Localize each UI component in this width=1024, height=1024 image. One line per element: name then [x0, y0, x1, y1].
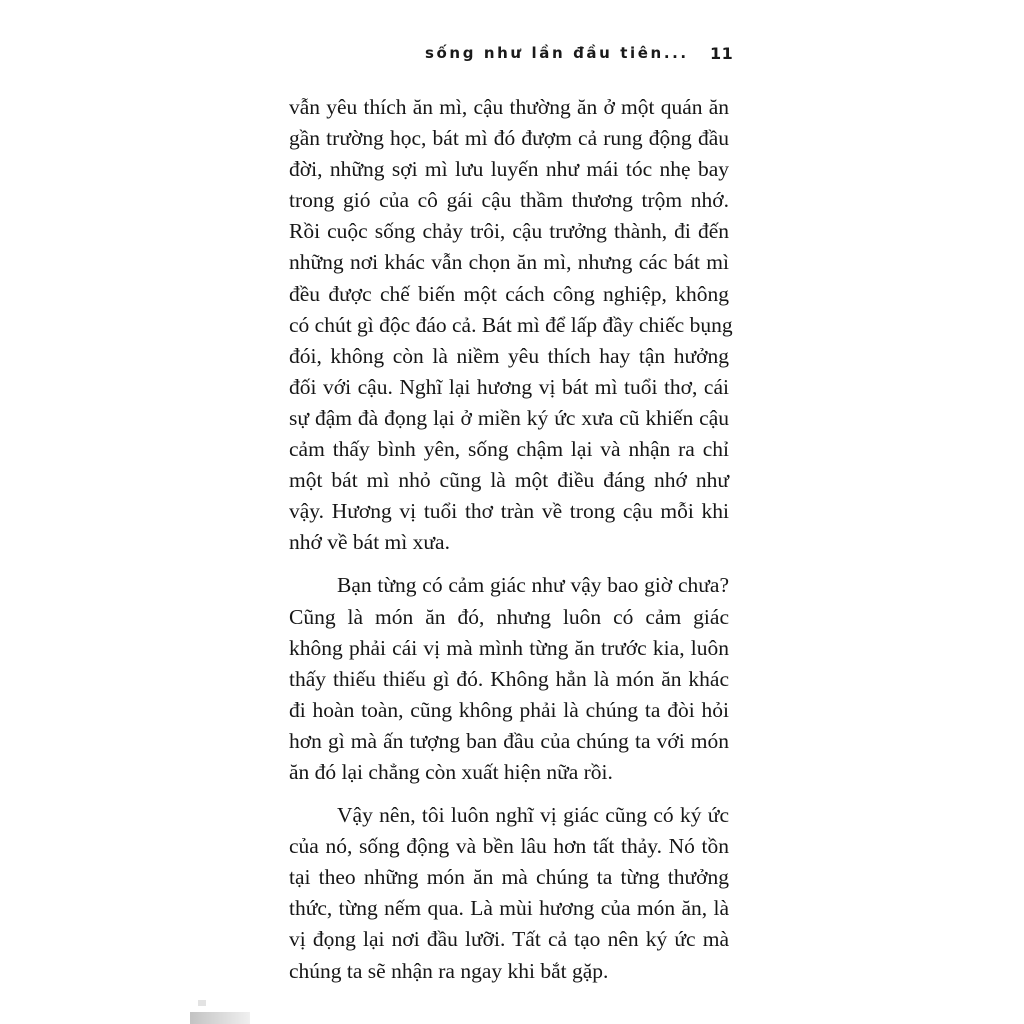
running-title: sống như lần đầu tiên...: [425, 44, 689, 62]
book-page: sống như lần đầu tiên... 11 vẫn yêu thíc…: [0, 0, 1024, 1024]
text-line: của nó, sống động và bền lâu hơn tất thả…: [289, 831, 729, 862]
text-line: thức, từng nếm qua. Là mùi hương của món…: [289, 893, 729, 924]
text-line: sự đậm đà đọng lại ở miền ký ức xưa cũ k…: [289, 403, 729, 434]
text-line: có chút gì độc đáo cả. Bát mì để lấp đầy…: [289, 310, 729, 341]
text-line: thấy thiếu thiếu gì đó. Không hẳn là món…: [289, 664, 729, 695]
text-line: Rồi cuộc sống chảy trôi, cậu trưởng thàn…: [289, 216, 729, 247]
page-edge-shadow: [190, 1012, 250, 1024]
text-line: vị đọng lại nơi đầu lưỡi. Tất cả tạo nên…: [289, 924, 729, 955]
text-line: vẫn yêu thích ăn mì, cậu thường ăn ở một…: [289, 92, 729, 123]
scan-artifact: [198, 1000, 206, 1006]
running-header: sống như lần đầu tiên... 11: [425, 44, 725, 68]
text-line: nhớ về bát mì xưa.: [289, 527, 729, 558]
text-line: đều được chế biến một cách công nghiệp, …: [289, 279, 729, 310]
text-line: Cũng là món ăn đó, nhưng luôn có cảm giá…: [289, 602, 729, 633]
text-line: đi hoàn toàn, cũng không phải là chúng t…: [289, 695, 729, 726]
text-line: đói, không còn là niềm yêu thích hay tận…: [289, 341, 729, 372]
paragraph-2: Bạn từng có cảm giác như vậy bao giờ chư…: [289, 570, 729, 788]
text-line: tại theo những món ăn mà chúng ta từng t…: [289, 862, 729, 893]
text-line: gần trường học, bát mì đó đượm cả rung đ…: [289, 123, 729, 154]
text-line: những nơi khác vẫn chọn ăn mì, nhưng các…: [289, 247, 729, 278]
text-line: hơn gì mà ấn tượng ban đầu của chúng ta …: [289, 726, 729, 757]
text-line: cảm thấy bình yên, sống chậm lại và nhận…: [289, 434, 729, 465]
paragraph-gap: [289, 788, 729, 800]
text-line: ăn đó lại chẳng còn xuất hiện nữa rồi.: [289, 757, 729, 788]
page-number: 11: [710, 44, 733, 63]
text-line: một bát mì nhỏ cũng là một điều đáng nhớ…: [289, 465, 729, 496]
text-line: trong gió của cô gái cậu thầm thương trộ…: [289, 185, 729, 216]
paragraph-gap: [289, 558, 729, 570]
text-line: không phải cái vị mà mình từng ăn trước …: [289, 633, 729, 664]
paragraph-1: vẫn yêu thích ăn mì, cậu thường ăn ở một…: [289, 92, 729, 558]
text-line: Bạn từng có cảm giác như vậy bao giờ chư…: [289, 570, 729, 601]
text-line: vậy. Hương vị tuổi thơ tràn về trong cậu…: [289, 496, 729, 527]
text-line: Vậy nên, tôi luôn nghĩ vị giác cũng có k…: [289, 800, 729, 831]
text-line: đối với cậu. Nghĩ lại hương vị bát mì tu…: [289, 372, 729, 403]
text-line: đời, những sợi mì lưu luyến như mái tóc …: [289, 154, 729, 185]
body-text: vẫn yêu thích ăn mì, cậu thường ăn ở một…: [289, 92, 729, 987]
paragraph-3: Vậy nên, tôi luôn nghĩ vị giác cũng có k…: [289, 800, 729, 987]
text-line: chúng ta sẽ nhận ra ngay khi bắt gặp.: [289, 956, 729, 987]
